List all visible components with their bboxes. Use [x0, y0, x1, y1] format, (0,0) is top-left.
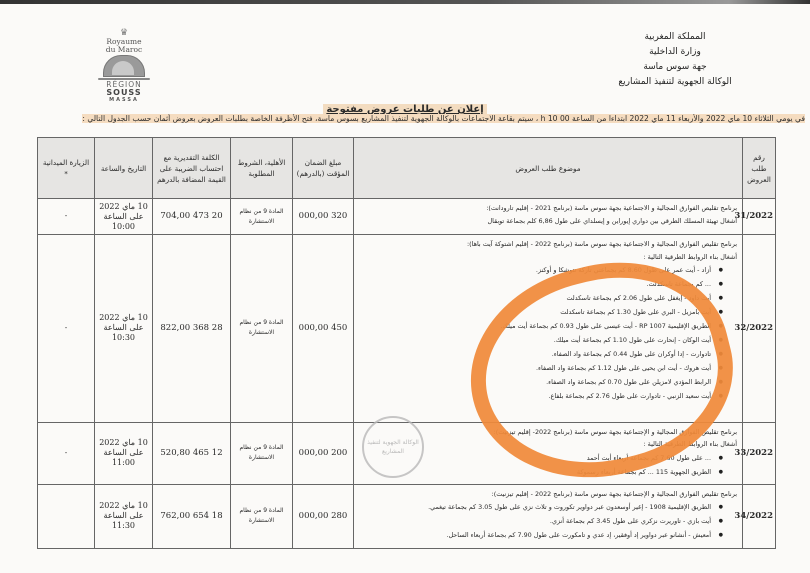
subject-line: أشغال بناء الروابط الطرقية التالية : [359, 438, 737, 451]
logo-line-2: du Maroc [92, 46, 156, 54]
road-item: تادوارت - إدا أوكران على طول 0.44 كم بجم… [359, 347, 723, 361]
table-header-row: رقم طلب العروض موضوع طلب العروض مبلغ الض… [38, 138, 776, 199]
header-subject: موضوع طلب العروض [354, 138, 743, 199]
subject-line: برنامج تقليص الفوارق المجالية و الإجتماع… [359, 426, 737, 439]
guarantee-cell: 280 000,00 [293, 484, 354, 548]
estimate-cell: 28 368 822,00 [153, 235, 231, 423]
subject-line: أشغال بناء الروابط الطرقية التالية : [359, 251, 737, 264]
date-text: 10 ماي 2022 [97, 438, 150, 448]
header-visit: الزيارة الميدانية * [38, 138, 95, 199]
government-header: المملكة المغربية وزارة الداخلية جهة سوس … [600, 30, 750, 90]
road-item: أيت بامزيل - البري على طول 1.30 كم بجماع… [359, 305, 723, 319]
road-item: أيت الوكان - إنحارت على طول 1.10 كم بجما… [359, 333, 723, 347]
intro-text: في يومي الثلاثاء 10 ماي 2022 والأربعاء 1… [82, 114, 805, 123]
estimate-cell: 12 465 520,80 [153, 422, 231, 484]
conditions-cell: المادة 9 من نظام الاستشارة [231, 199, 293, 235]
time-text: 11:00 [97, 458, 150, 468]
conditions-cell: المادة 9 من نظام الاستشارة [231, 484, 293, 548]
ref-cell: 31/2022 [743, 199, 776, 235]
subject-cell: برنامج تقليص الفوارق المجالية و الإجتماع… [354, 484, 743, 548]
road-list: ... على طول 7.60 كم بجماعة أربعاء أيت أح… [359, 451, 737, 479]
road-item: أزاد - أيت عمر على طول 8.60 كم بجماعتي ت… [359, 263, 723, 277]
visit-cell [38, 484, 95, 548]
date-text: 10 ماي 2022 [97, 501, 150, 511]
road-list: الطريق الإقليمية 1908 - إغير أوسعدون عبر… [359, 500, 737, 542]
gov-line-agency: الوكالة الجهوية لتنفيذ المشاريع [600, 75, 750, 90]
estimate-cell: 20 473 704,00 [153, 199, 231, 235]
subject-cell: برنامج تقليص الفوارق المجالية و الاجتماع… [354, 235, 743, 423]
estimate-cell: 18 654 762,00 [153, 484, 231, 548]
datetime-cell: 10 ماي 2022 على الساعة 10:00 [95, 199, 153, 235]
datetime-cell: 10 ماي 2022 على الساعة 11:00 [95, 422, 153, 484]
time-label: على الساعة [97, 511, 150, 521]
header-ref: رقم طلب العروض [743, 138, 776, 199]
guarantee-cell: 200 000,00 [293, 422, 354, 484]
time-label: على الساعة [97, 323, 150, 333]
datetime-cell: 10 ماي 2022 على الساعة 11:30 [95, 484, 153, 548]
subject-line: أشغال تهيئة المسلك الطرقي بين دواري إيور… [359, 215, 737, 228]
ref-cell: 33/2022 [743, 422, 776, 484]
table-row: 34/2022 برنامج تقليص الفوارق المجالية و … [38, 484, 776, 548]
datetime-cell: 10 ماي 2022 على الساعة 10:30 [95, 235, 153, 423]
guarantee-cell: 320 000,00 [293, 199, 354, 235]
document-page: ♛ Royaume du Maroc RÉGION SOUSS MASSA ال… [0, 4, 810, 573]
time-text: 10:30 [97, 333, 150, 343]
table-row: 33/2022 برنامج تقليص الفوارق المجالية و … [38, 422, 776, 484]
header-guarantee: مبلغ الضمان المؤقت (بالدرهم) [293, 138, 354, 199]
table-row: 32/2022 برنامج تقليص الفوارق المجالية و … [38, 235, 776, 423]
gov-line-kingdom: المملكة المغربية [600, 30, 750, 45]
date-text: 10 ماي 2022 [97, 313, 150, 323]
road-list: أزاد - أيت عمر على طول 8.60 كم بجماعتي ت… [359, 263, 737, 403]
subject-line: برنامج تقليص الفوارق المجالية و الاجتماع… [359, 238, 737, 251]
time-text: 10:00 [97, 222, 150, 232]
ref-cell: 32/2022 [743, 235, 776, 423]
region-logo: ♛ Royaume du Maroc RÉGION SOUSS MASSA [92, 28, 156, 103]
tender-table: رقم طلب العروض موضوع طلب العروض مبلغ الض… [37, 137, 776, 549]
road-item: أيت بازي - تاوريرت نزكري على طول 3.45 كم… [359, 514, 723, 528]
road-item: أيت هروك - أيت ابن يحيى على طول 1.12 كم … [359, 361, 723, 375]
subject-cell: برنامج تقليص الفوارق المجالية و الإجتماع… [354, 422, 743, 484]
road-item: أيت داود - إيغفل على طول 2.06 كم بجماعة … [359, 291, 723, 305]
road-item: ... على طول 7.60 كم بجماعة أربعاء أيت أح… [359, 451, 723, 465]
gov-line-region: جهة سوس ماسة [600, 60, 750, 75]
visit-cell: - [38, 422, 95, 484]
guarantee-cell: 450 000,00 [293, 235, 354, 423]
header-conditions: الأهلية، الشروط المطلوبة [231, 138, 293, 199]
subject-cell: برنامج تقليص الفوارق المجالية و الاجتماع… [354, 199, 743, 235]
logo-line-4: SOUSS [92, 89, 156, 97]
road-item: الطريق الجهوية 115 ... كم بجماعة أربعاء … [359, 465, 723, 479]
intro-paragraph: في يومي الثلاثاء 10 ماي 2022 والأربعاء 1… [20, 114, 805, 123]
dome-icon [103, 55, 145, 77]
road-item: ... كم بجماعة تاسكدلت. [359, 277, 723, 291]
conditions-cell: المادة 9 من نظام الاستشارة [231, 235, 293, 423]
road-item: الرابط المؤدي لامزيلن على طول 0.70 كم بج… [359, 375, 723, 389]
time-label: على الساعة [97, 212, 150, 222]
visit-cell: - [38, 235, 95, 423]
subject-line: برنامج تقليص الفوارق المجالية و الإجتماع… [359, 488, 737, 501]
header-datetime: التاريخ والساعة [95, 138, 153, 199]
table-row: 31/2022 برنامج تقليص الفوارق المجالية و … [38, 199, 776, 235]
time-text: 11:30 [97, 521, 150, 531]
date-text: 10 ماي 2022 [97, 202, 150, 212]
road-item: أيت سعيد الزنبي - تادوارت على طول 2.76 ك… [359, 389, 723, 403]
gov-line-ministry: وزارة الداخلية [600, 45, 750, 60]
header-estimate: الكلفة التقديرية مع احتساب الضريبة على ا… [153, 138, 231, 199]
road-item: أمعيش - أنشانو عبر دواوير إد أوفقير، إد … [359, 528, 723, 542]
visit-cell: - [38, 199, 95, 235]
subject-line: برنامج تقليص الفوارق المجالية و الاجتماع… [359, 202, 737, 215]
ref-cell: 34/2022 [743, 484, 776, 548]
time-label: على الساعة [97, 448, 150, 458]
road-item: الطريق الإقليمية 1908 - إغير أوسعدون عبر… [359, 500, 723, 514]
road-item: الطريق الإقليمية 1007 RP - أيت عيسى على … [359, 319, 723, 333]
conditions-cell: المادة 9 من نظام الاستشارة [231, 422, 293, 484]
